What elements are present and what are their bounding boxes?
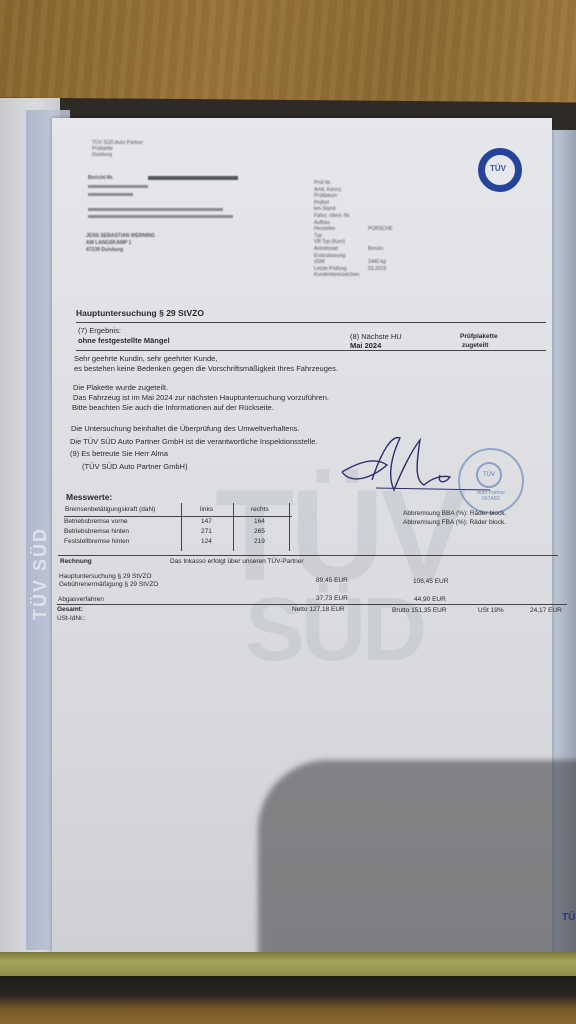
vehicle-info-label: km-Stand [314, 206, 335, 212]
measure-row-label: Betriebsbremse hinten [64, 528, 129, 535]
stamp-text: Auto Partner067AB2 [468, 490, 514, 502]
vehicle-info-label: Prüfdatum [314, 193, 337, 199]
invoice-line-label: Hauptuntersuchung § 29 StVZO [59, 573, 152, 580]
measure-left: 124 [201, 538, 212, 545]
vehicle-info-label: Hersteller [314, 226, 335, 232]
total-brutto: Brutto 151,35 EUR [392, 607, 447, 614]
vehicle-info-label: VB Typ (Kurz) [314, 239, 345, 245]
vehicle-info-label: Fahrz.-Ident.-Nr. [314, 213, 350, 219]
badge-label: Prüfplakette [460, 333, 498, 340]
header-blur-line [88, 193, 133, 196]
advisor-name: (9) Es betreute Sie Herr Alma [70, 449, 168, 458]
vat-value: 24,17 EUR [530, 607, 562, 614]
vehicle-info-label: zGM [314, 259, 325, 265]
invoice-brutto: 106,45 EUR [413, 578, 448, 585]
hand-shadow [258, 760, 576, 960]
vehicle-info-value: 1440 kg [368, 259, 386, 265]
report-text: Die Plakette wurde zugeteilt. [73, 383, 168, 392]
divider [58, 555, 558, 556]
next-hu-label: (8) Nächste HU [350, 332, 402, 341]
measure-right: 219 [254, 538, 265, 545]
total-label: Gesamt: [57, 606, 83, 613]
tuv-stamp: TÜV Auto Partner067AB2 [458, 448, 524, 514]
header-blur-line [88, 215, 233, 218]
vehicle-info-value: Benzin [368, 246, 383, 252]
report-title: Hauptuntersuchung § 29 StVZO [76, 308, 204, 318]
vehicle-info-label: Erstzulassung [314, 253, 345, 259]
divider [57, 604, 567, 605]
invoice-netto: 37,73 EUR [316, 595, 348, 602]
divider [64, 516, 292, 517]
next-hu-value: Mai 2024 [350, 341, 381, 350]
folder-yellow-edge [0, 952, 576, 976]
vehicle-info-label: Aufbau [314, 220, 330, 226]
invoice-title: Rechnung [60, 558, 92, 565]
vat-id-label: USt-IdNr.: [57, 615, 86, 622]
measurements-header: Bremsenbetätigungskraft (daN) [65, 506, 155, 513]
measurements-header-right: rechts [251, 506, 269, 513]
brake-note: Abbremsung FBA (%): Räder block. [403, 519, 506, 526]
vat-label: USt 19% [478, 607, 504, 614]
invoice-line-label: Gebührenermäßigung § 29 StVZO [59, 581, 158, 588]
invoice-brutto: 44,90 EUR [414, 596, 446, 603]
sender-line: Duisburg [92, 152, 112, 158]
report-text: Die TÜV SÜD Auto Partner GmbH ist die ve… [70, 437, 317, 446]
header-blur-line [88, 185, 148, 188]
divider [233, 503, 234, 551]
header-blur-line [88, 208, 223, 211]
report-text: Das Fahrzeug ist im Mai 2024 zur nächste… [73, 393, 329, 402]
vehicle-info-label: Prüf-Nr. [314, 180, 331, 186]
measure-row-label: Betriebsbremse vorne [64, 518, 128, 525]
report-ref-label: Bericht-Nr. [88, 175, 114, 181]
measurements-title: Messwerte: [66, 492, 112, 502]
measure-left: 147 [201, 518, 212, 525]
report-text: Die Untersuchung beinhaltet die Überprüf… [71, 424, 299, 433]
divider [289, 503, 290, 551]
total-netto: Netto 127,18 EUR [292, 606, 345, 613]
divider [76, 350, 546, 351]
vehicle-info-label: Kundenkennzeichen [314, 272, 359, 278]
report-text: es bestehen keine Bedenken gegen die Vor… [74, 364, 338, 373]
report-text: Bitte beachten Sie auch die Informatione… [72, 403, 274, 412]
vehicle-info-value: PORSCHE [368, 226, 393, 232]
brake-note: Abbremsung BBA (%): Räder block. [403, 510, 506, 517]
vehicle-info-label: Amtl. Kennz. [314, 187, 342, 193]
measure-right: 164 [254, 518, 265, 525]
vehicle-info-label: Typ [314, 233, 322, 239]
report-ref-number [148, 176, 238, 180]
advisor-company: (TÜV SÜD Auto Partner GmbH) [82, 462, 187, 471]
measurements-header-left: links [200, 506, 213, 513]
tuv-logo-icon: TÜV [478, 148, 522, 192]
address-city: 47239 Duisburg [86, 247, 123, 253]
divider [76, 322, 546, 323]
address-name: JENS SEBASTIAN WERNING [86, 233, 155, 239]
address-street: AM LANGSKAMP 1 [86, 240, 131, 246]
badge-value: zugeteilt [462, 342, 488, 349]
vehicle-info-label: Antriebsart [314, 246, 338, 252]
greeting: Sehr geehrte Kundin, sehr geehrter Kunde… [74, 354, 217, 363]
measure-left: 271 [201, 528, 212, 535]
corner-mark: TÜ [562, 912, 575, 923]
stamp-logo: TÜV [476, 462, 502, 488]
measure-row-label: Feststellbremse hinten [64, 538, 129, 545]
divider [181, 503, 182, 551]
folder-bottom-edge [0, 976, 576, 1024]
vehicle-info-label: Prüfort [314, 200, 329, 206]
vehicle-info-label: Letzte Prüfung [314, 266, 347, 272]
invoice-note: Das Inkasso erfolgt über unseren TÜV-Par… [170, 558, 304, 565]
invoice-line-label: Abgasverfahren [58, 596, 104, 603]
measure-right: 265 [254, 528, 265, 535]
result-value: ohne festgestellte Mängel [78, 336, 170, 345]
result-label: (7) Ergebnis: [78, 326, 121, 335]
invoice-netto: 89,45 EUR [316, 577, 348, 584]
vehicle-info-value: 03.2019 [368, 266, 386, 272]
